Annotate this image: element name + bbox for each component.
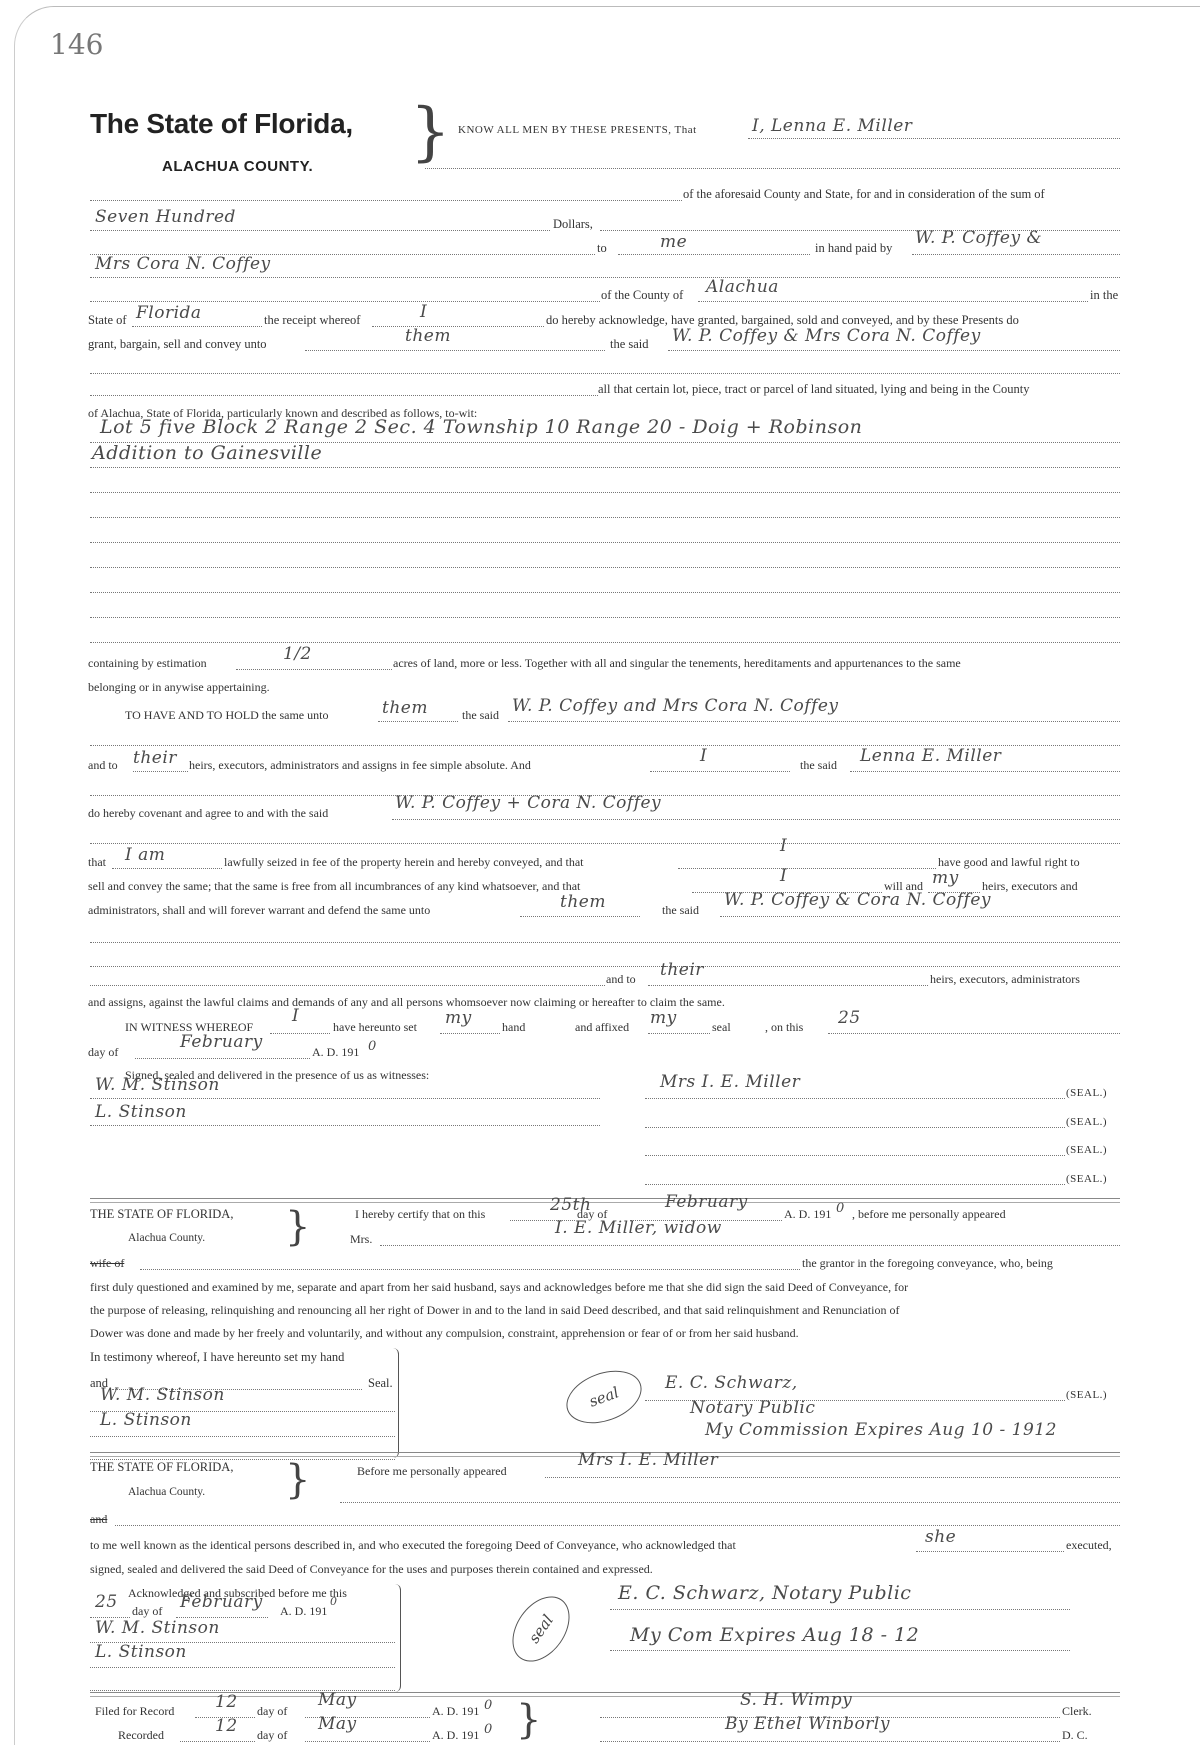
belonging-text: belonging or in anywise appertaining. <box>88 680 270 695</box>
section-divider <box>90 1692 1120 1697</box>
blank-line <box>90 985 605 986</box>
aforesaid-text: of the aforesaid County and State, for a… <box>683 187 1045 202</box>
document-title: The State of Florida, <box>90 108 353 140</box>
description-line <box>90 642 1120 643</box>
cert1-witness-line-2 <box>90 1436 395 1437</box>
acres-field: 1/2 <box>283 644 312 664</box>
to-line <box>618 254 810 255</box>
seal-label-3: (SEAL.) <box>1066 1144 1107 1156</box>
rec-month-line <box>305 1741 430 1742</box>
blank-line <box>115 1525 1120 1526</box>
commission-expiry: My Commission Expires Aug 10 - 1912 <box>705 1420 1057 1440</box>
deputy-signature: By Ethel Winborly <box>725 1714 890 1734</box>
the-said-label: the said <box>610 337 649 352</box>
ad-label: A. D. 191 <box>312 1045 359 1060</box>
notary-signature: E. C. Schwarz, <box>665 1373 798 1393</box>
payer2-field: Mrs Cora N. Coffey <box>95 254 271 274</box>
blank-line <box>90 373 1120 374</box>
witness-line-2 <box>90 1125 600 1126</box>
filed-label: Filed for Record <box>95 1704 174 1719</box>
seal-label-4: (SEAL.) <box>1066 1173 1107 1185</box>
blank-line <box>340 1502 1120 1503</box>
unto-line <box>305 350 605 351</box>
day-field: 25 <box>838 1008 861 1028</box>
section-divider <box>90 1198 1120 1203</box>
cert2-witness-2: L. Stinson <box>95 1642 187 1662</box>
containing-label: containing by estimation <box>88 656 207 671</box>
filed-year-field: 0 <box>484 1698 493 1713</box>
cert1-county: Alachua County. <box>128 1232 205 1244</box>
the-said-label: the said <box>800 758 837 773</box>
wife-of-label: wife of <box>90 1256 124 1271</box>
description-line-2 <box>90 467 1120 468</box>
rec-year-field: 0 <box>484 1722 493 1737</box>
she-field: she <box>925 1527 956 1547</box>
brace-icon: } <box>410 100 451 164</box>
day-of-label: day of <box>88 1045 118 1060</box>
heirs-text: heirs, executors, administrators and ass… <box>189 758 531 773</box>
their-field: their <box>660 960 704 980</box>
brace-icon: } <box>285 1207 310 1247</box>
covenant-line <box>392 819 1120 820</box>
grantees-line <box>508 721 1120 722</box>
brace-line <box>390 1348 399 1458</box>
cert2-name-field: Mrs I. E. Miller <box>578 1450 718 1470</box>
signer-field: Mrs I. E. Miller <box>660 1072 800 1092</box>
cert2-notary-signature: E. C. Schwarz, Notary Public <box>618 1582 911 1604</box>
payer-field: W. P. Coffey & <box>915 228 1042 248</box>
on-this-label: , on this <box>765 1020 803 1035</box>
unto-field: them <box>382 698 428 718</box>
cert1-year-field: 0 <box>836 1201 845 1216</box>
cert2-commission: My Com Expires Aug 18 - 12 <box>630 1624 919 1646</box>
page-number: 146 <box>50 28 103 61</box>
signature-line-3 <box>645 1155 1065 1156</box>
ad-label: A. D. 191 <box>432 1728 479 1743</box>
notary-title: Notary Public <box>690 1398 815 1418</box>
in-the-label: in the <box>1090 288 1118 303</box>
month-field: February <box>180 1032 263 1052</box>
cert1-witness-2: L. Stinson <box>100 1410 192 1430</box>
to-label: to <box>597 241 607 256</box>
cert2-state: THE STATE OF FLORIDA, <box>90 1460 233 1475</box>
cert2-witness-1: W. M. Stinson <box>95 1618 220 1638</box>
will-field: I <box>780 866 787 886</box>
filed-day-field: 12 <box>215 1692 238 1712</box>
before-text: , before me personally appeared <box>852 1207 1006 1222</box>
grantor-text: the grantor in the foregoing conveyance,… <box>802 1256 1053 1271</box>
clerk-signature: S. H. Wimpy <box>740 1690 852 1710</box>
rec-day-line <box>180 1741 255 1742</box>
grantees-field: W. P. Coffey & Mrs Cora N. Coffey <box>672 326 981 346</box>
description-line <box>90 592 1120 593</box>
defend-field: them <box>560 892 606 912</box>
that-field: I am <box>125 845 165 865</box>
to-field: me <box>660 232 687 252</box>
deed-page: 146 The State of Florida, ALACHUA COUNTY… <box>0 0 1200 1745</box>
seized-text: lawfully seized in fee of the property h… <box>224 855 584 870</box>
grantor-field: I, Lenna E. Miller <box>752 116 912 136</box>
rec-month-field: May <box>318 1714 357 1734</box>
seal-text: Seal. <box>368 1376 393 1391</box>
brace-icon: } <box>285 1460 310 1500</box>
acres-text: acres of land, more or less. Together wi… <box>393 656 961 671</box>
unto-line <box>378 721 458 722</box>
cert1-para-3: Dower was done and made by her freely an… <box>90 1326 799 1341</box>
cert2-year-field: 0 <box>330 1595 338 1608</box>
and-affixed-label: and affixed <box>575 1020 629 1035</box>
to-have-text: TO HAVE AND TO HOLD the same unto <box>125 708 328 723</box>
rec-day-field: 12 <box>215 1716 238 1736</box>
affixed-line <box>648 1033 710 1034</box>
cert1-witness-1: W. M. Stinson <box>100 1385 225 1405</box>
heirs-exec-text: heirs, executors and <box>982 879 1078 894</box>
assigns-text: and assigns, against the lawful claims a… <box>88 995 725 1010</box>
dollars-label: Dollars, <box>553 217 593 232</box>
ad-label: A. D. 191 <box>280 1604 327 1619</box>
cert2-commission-line <box>610 1650 1070 1651</box>
brace-icon: } <box>516 1700 541 1740</box>
deputy-line <box>600 1741 1060 1742</box>
cert2-and-label: and <box>90 1512 107 1527</box>
signature-line-4 <box>645 1184 1065 1185</box>
payer-line <box>912 254 1120 255</box>
heirs-field: their <box>133 748 177 768</box>
receipt-label: the receipt whereof <box>264 313 360 328</box>
recorded-label: Recorded <box>118 1728 164 1743</box>
county-field: Alachua <box>706 277 779 297</box>
my-field: my <box>932 868 959 888</box>
ad-label: A. D. 191 <box>784 1207 831 1222</box>
grant-text: grant, bargain, sell and convey unto <box>88 337 267 352</box>
she-line <box>916 1551 1064 1552</box>
heirs-admins-text: heirs, executors, administrators <box>930 972 1080 987</box>
state-field: Florida <box>136 303 202 323</box>
brace-line <box>392 1584 401 1692</box>
blank-line <box>90 942 1120 943</box>
before-appeared-text: Before me personally appeared <box>357 1464 507 1479</box>
and-to-label: and to <box>88 758 118 773</box>
defend-names-line <box>720 916 1120 917</box>
covenant-text: do hereby covenant and agree to and with… <box>88 806 328 821</box>
sell-convey-text: sell and convey the same; that the same … <box>88 879 580 894</box>
and-field: I <box>700 746 707 766</box>
seized-line <box>678 868 936 869</box>
ad-label: A. D. 191 <box>432 1704 479 1719</box>
description-line <box>90 567 1120 568</box>
grantor-line <box>748 138 1120 139</box>
dc-label: D. C. <box>1062 1728 1088 1743</box>
seal-label-2: (SEAL.) <box>1066 1116 1107 1128</box>
executed-text: executed, <box>1066 1538 1112 1553</box>
grantor-field: Lenna E. Miller <box>860 746 1001 766</box>
receipt-field: I <box>420 302 427 322</box>
state-line <box>132 326 262 327</box>
cert1-name-line <box>380 1245 1120 1246</box>
amount-field: Seven Hundred <box>95 207 236 227</box>
blank-line <box>90 843 1120 844</box>
cert1-month-field: February <box>665 1192 748 1212</box>
and-line <box>650 771 790 772</box>
have-set-text: have hereunto set <box>333 1020 417 1035</box>
blank-line <box>90 200 682 201</box>
set-line <box>440 1033 500 1034</box>
blank-line <box>90 301 600 302</box>
grantor-line <box>850 771 1120 772</box>
seized-field: I <box>780 836 787 856</box>
witness-line-1 <box>90 1098 600 1099</box>
and-to-label: and to <box>606 972 636 987</box>
cert2-signed-text: signed, sealed and delivered the said De… <box>90 1562 653 1577</box>
grantor-line-2 <box>425 168 1120 169</box>
that-line <box>112 868 222 869</box>
notary-seal-label: (SEAL.) <box>1066 1389 1107 1401</box>
county-heading: ALACHUA COUNTY. <box>162 158 313 175</box>
cert2-witness-line-2 <box>90 1667 395 1668</box>
day-of-label: day of <box>257 1728 287 1743</box>
cert2-day-field: 25 <box>95 1592 118 1612</box>
paid-by-label: in hand paid by <box>815 241 892 256</box>
cert1-name-field: I. E. Miller, widow <box>555 1218 722 1238</box>
county-line <box>698 301 1088 302</box>
certify-text: I hereby certify that on this <box>355 1207 485 1222</box>
the-said-label: the said <box>662 903 699 918</box>
witness-2-field: L. Stinson <box>95 1102 187 1122</box>
filed-month-field: May <box>318 1690 357 1710</box>
signature-line-2 <box>645 1127 1065 1128</box>
grantees-line <box>668 350 1120 351</box>
all-that-text: all that certain lot, piece, tract or pa… <box>598 382 1029 397</box>
hand-label: hand <box>502 1020 525 1035</box>
that-label: that <box>88 855 106 870</box>
state-of-label: State of <box>88 313 127 328</box>
cert2-month-field: February <box>180 1592 263 1612</box>
good-right-text: have good and lawful right to <box>938 855 1080 870</box>
cert2-notary-line <box>610 1609 1070 1610</box>
description-line <box>90 617 1120 618</box>
unto-field: them <box>405 326 451 346</box>
day-line <box>828 1033 1120 1034</box>
year-field: 0 <box>368 1039 377 1054</box>
blank-line <box>90 395 598 396</box>
amount-line <box>90 230 550 231</box>
payer2-line <box>90 277 1120 278</box>
blank-line <box>90 966 1120 967</box>
cert2-name-line <box>545 1477 1120 1478</box>
well-known-text: to me well known as the identical person… <box>90 1538 736 1553</box>
description-line <box>90 542 1120 543</box>
description-field-1: Lot 5 five Block 2 Range 2 Sec. 4 Townsh… <box>100 416 862 438</box>
seal-label: seal <box>712 1020 731 1035</box>
grantees-field: W. P. Coffey and Mrs Cora N. Coffey <box>512 696 839 716</box>
cert2-county: Alachua County. <box>128 1486 205 1498</box>
iw-field: I <box>292 1006 299 1026</box>
clerk-label: Clerk. <box>1062 1704 1092 1719</box>
seal-label-1: (SEAL.) <box>1066 1087 1107 1099</box>
of-county-label: of the County of <box>601 288 683 303</box>
their-line <box>648 985 928 986</box>
testimony-text: In testimony whereof, I have hereunto se… <box>90 1350 344 1365</box>
day-of-label: day of <box>257 1704 287 1719</box>
covenant-field: W. P. Coffey + Cora N. Coffey <box>395 793 661 813</box>
know-all-text: KNOW ALL MEN BY THESE PRESENTS, That <box>458 124 697 136</box>
wife-of-line <box>140 1269 800 1270</box>
the-said-label: the said <box>462 708 499 723</box>
description-line <box>90 492 1120 493</box>
set-field: my <box>445 1008 472 1028</box>
receipt-line <box>372 326 544 327</box>
iw-line <box>270 1033 330 1034</box>
defend-names-field: W. P. Coffey & Cora N. Coffey <box>724 890 991 910</box>
cert1-state: THE STATE OF FLORIDA, <box>90 1207 233 1222</box>
mrs-label: Mrs. <box>350 1232 372 1247</box>
description-field-2: Addition to Gainesville <box>92 442 322 464</box>
heirs-line <box>133 771 188 772</box>
day-of-label: day of <box>132 1604 162 1619</box>
admins-text: administrators, shall and will forever w… <box>88 903 430 918</box>
affixed-field: my <box>650 1008 677 1028</box>
month-line <box>135 1058 310 1059</box>
defend-line <box>520 916 640 917</box>
acres-line <box>236 669 392 670</box>
cert1-para-2: the purpose of releasing, relinquishing … <box>90 1303 899 1318</box>
description-line <box>90 517 1120 518</box>
cert1-para-1: first duly questioned and examined by me… <box>90 1280 908 1295</box>
witness-1-field: W. M. Stinson <box>95 1075 220 1095</box>
signature-line-1 <box>645 1098 1065 1099</box>
